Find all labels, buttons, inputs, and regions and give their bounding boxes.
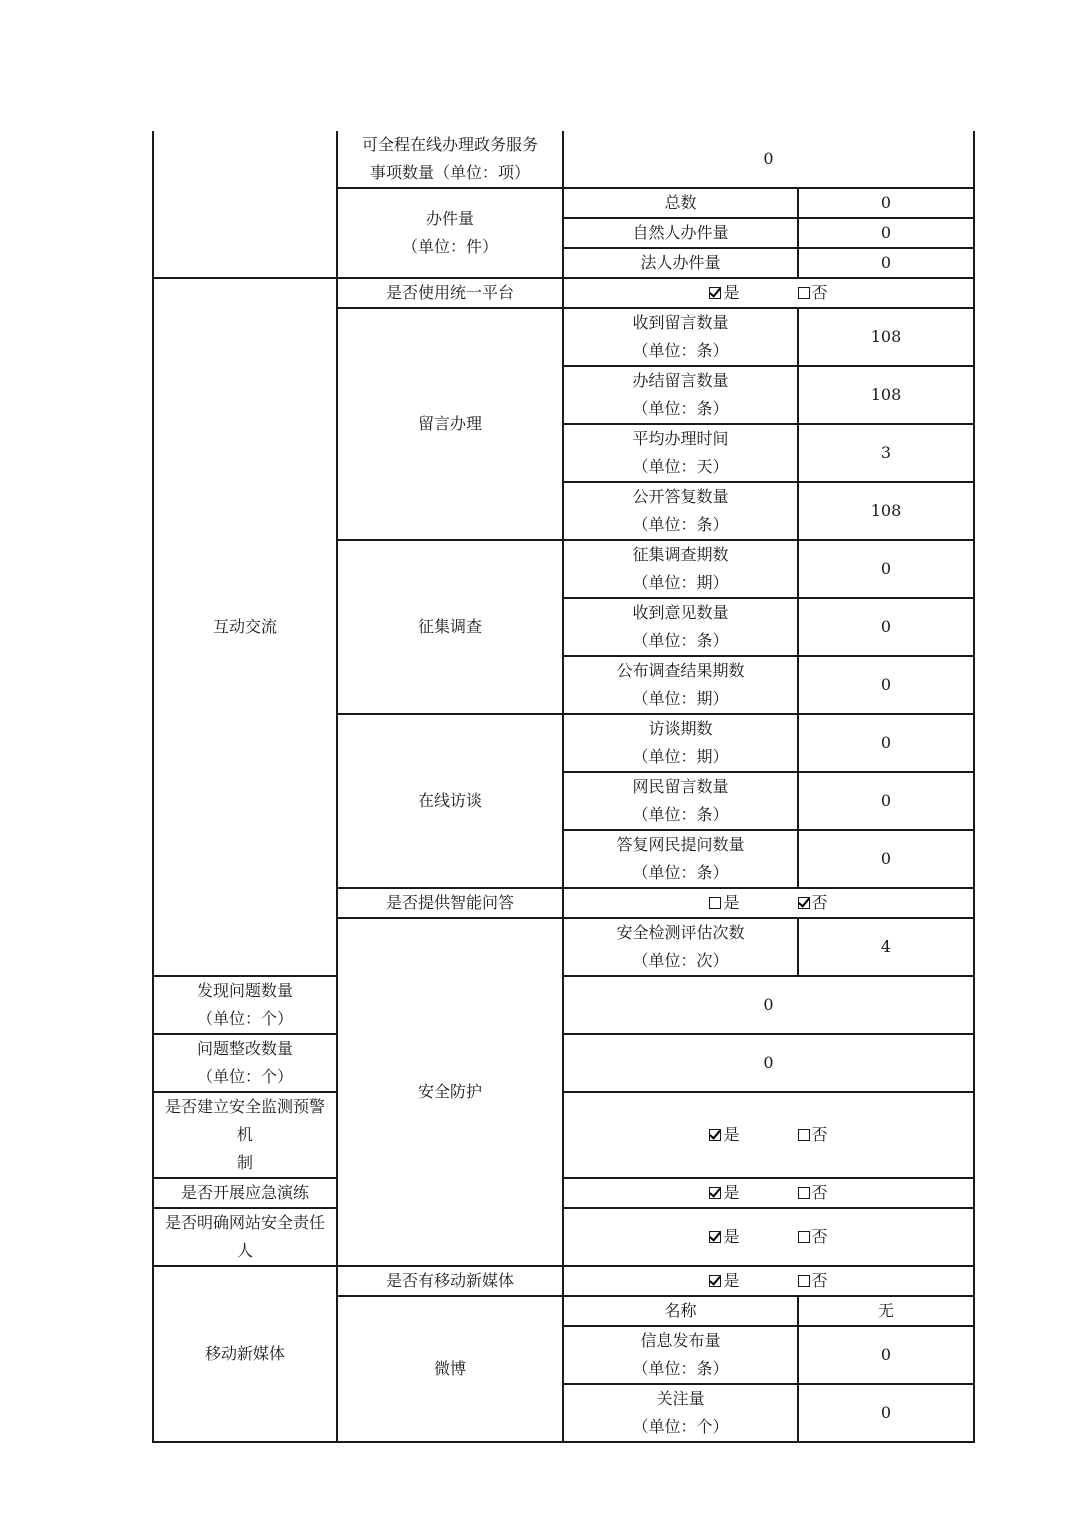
weibo-name-value: 无 <box>798 1296 974 1326</box>
checkbox-checked-icon <box>798 897 810 909</box>
unified-platform-no[interactable]: 否 <box>798 279 828 307</box>
smart-qa-options: 是否 <box>563 888 974 918</box>
cases-natural-person-label: 自然人办件量 <box>563 218 798 248</box>
survey-results-label: 公布调查结果期数 （单位：期） <box>563 656 798 714</box>
checkbox-empty-icon <box>798 1187 810 1199</box>
survey-opinions-label: 收到意见数量 （单位：条） <box>563 598 798 656</box>
survey-label: 征集调查 <box>337 540 563 714</box>
has-media-no[interactable]: 否 <box>798 1267 828 1295</box>
security-issues-found-value: 0 <box>563 976 974 1034</box>
weibo-followers-label: 关注量 （单位：个） <box>563 1384 798 1442</box>
checkbox-checked-icon <box>709 1129 721 1141</box>
security-issues-fixed-label: 问题整改数量 （单位：个） <box>153 1034 337 1092</box>
messages-label: 留言办理 <box>337 308 563 540</box>
security-responsible-yes[interactable]: 是 <box>709 1223 739 1251</box>
interview-periods-label: 访谈期数 （单位：期） <box>563 714 798 772</box>
emergency-drill-no[interactable]: 否 <box>798 1179 828 1207</box>
cases-total-label: 总数 <box>563 188 798 218</box>
messages-received-label: 收到留言数量 （单位：条） <box>563 308 798 366</box>
interview-netizen-messages-value: 0 <box>798 772 974 830</box>
survey-periods-value: 0 <box>798 540 974 598</box>
security-responsible-options: 是否 <box>563 1208 974 1266</box>
security-issues-fixed-value: 0 <box>563 1034 974 1092</box>
security-issues-found-label: 发现问题数量 （单位：个） <box>153 976 337 1034</box>
emergency-drill-label: 是否开展应急演练 <box>153 1178 337 1208</box>
interview-replies-label: 答复网民提问数量 （单位：条） <box>563 830 798 888</box>
weibo-posts-label: 信息发布量 （单位：条） <box>563 1326 798 1384</box>
smart-qa-yes[interactable]: 是 <box>709 889 739 917</box>
section-service-title-cell <box>153 131 337 278</box>
security-responsible-no[interactable]: 否 <box>798 1223 828 1251</box>
has-media-label: 是否有移动新媒体 <box>337 1266 563 1296</box>
messages-public-replies-label: 公开答复数量 （单位：条） <box>563 482 798 540</box>
security-monitoring-label: 是否建立安全监测预警机 制 <box>153 1092 337 1178</box>
interview-periods-value: 0 <box>798 714 974 772</box>
checkbox-empty-icon <box>798 1275 810 1287</box>
checkbox-checked-icon <box>709 287 721 299</box>
checkbox-empty-icon <box>798 1129 810 1141</box>
emergency-drill-yes[interactable]: 是 <box>709 1179 739 1207</box>
messages-resolved-label: 办结留言数量 （单位：条） <box>563 366 798 424</box>
unified-platform-yes[interactable]: 是 <box>709 279 739 307</box>
messages-resolved-value: 108 <box>798 366 974 424</box>
cases-natural-person-value: 0 <box>798 218 974 248</box>
security-assessments-label: 安全检测评估次数 （单位：次） <box>563 918 798 976</box>
unified-platform-options: 是否 <box>563 278 974 308</box>
security-monitoring-yes[interactable]: 是 <box>709 1121 739 1149</box>
interview-replies-value: 0 <box>798 830 974 888</box>
section-security-title: 安全防护 <box>337 918 563 1266</box>
weibo-label: 微博 <box>337 1296 563 1442</box>
interview-netizen-messages-label: 网民留言数量 （单位：条） <box>563 772 798 830</box>
messages-avg-time-label: 平均办理时间 （单位：天） <box>563 424 798 482</box>
checkbox-empty-icon <box>798 287 810 299</box>
security-monitoring-no[interactable]: 否 <box>798 1121 828 1149</box>
checkbox-checked-icon <box>709 1275 721 1287</box>
unified-platform-label: 是否使用统一平台 <box>337 278 563 308</box>
cases-label: 办件量 （单位：件） <box>337 188 563 278</box>
checkbox-empty-icon <box>798 1231 810 1243</box>
has-media-options: 是否 <box>563 1266 974 1296</box>
survey-results-value: 0 <box>798 656 974 714</box>
online-items-label: 可全程在线办理政务服务 事项数量（单位：项） <box>337 131 563 188</box>
messages-public-replies-value: 108 <box>798 482 974 540</box>
interview-label: 在线访谈 <box>337 714 563 888</box>
survey-opinions-value: 0 <box>798 598 974 656</box>
weibo-followers-value: 0 <box>798 1384 974 1442</box>
security-assessments-value: 4 <box>798 918 974 976</box>
survey-periods-label: 征集调查期数 （单位：期） <box>563 540 798 598</box>
messages-avg-time-value: 3 <box>798 424 974 482</box>
section-interaction-title: 互动交流 <box>153 278 337 976</box>
security-monitoring-options: 是否 <box>563 1092 974 1178</box>
cases-total-value: 0 <box>798 188 974 218</box>
smart-qa-label: 是否提供智能问答 <box>337 888 563 918</box>
weibo-posts-value: 0 <box>798 1326 974 1384</box>
has-media-yes[interactable]: 是 <box>709 1267 739 1295</box>
website-statistics-table: 可全程在线办理政务服务 事项数量（单位：项） 0 办件量 （单位：件） 总数 0… <box>152 131 975 1443</box>
weibo-name-label: 名称 <box>563 1296 798 1326</box>
online-items-value: 0 <box>563 131 974 188</box>
emergency-drill-options: 是否 <box>563 1178 974 1208</box>
section-media-title: 移动新媒体 <box>153 1266 337 1442</box>
checkbox-checked-icon <box>709 1231 721 1243</box>
checkbox-checked-icon <box>709 1187 721 1199</box>
cases-legal-person-label: 法人办件量 <box>563 248 798 278</box>
security-responsible-label: 是否明确网站安全责任人 <box>153 1208 337 1266</box>
smart-qa-no[interactable]: 否 <box>798 889 828 917</box>
cases-legal-person-value: 0 <box>798 248 974 278</box>
messages-received-value: 108 <box>798 308 974 366</box>
checkbox-empty-icon <box>709 897 721 909</box>
